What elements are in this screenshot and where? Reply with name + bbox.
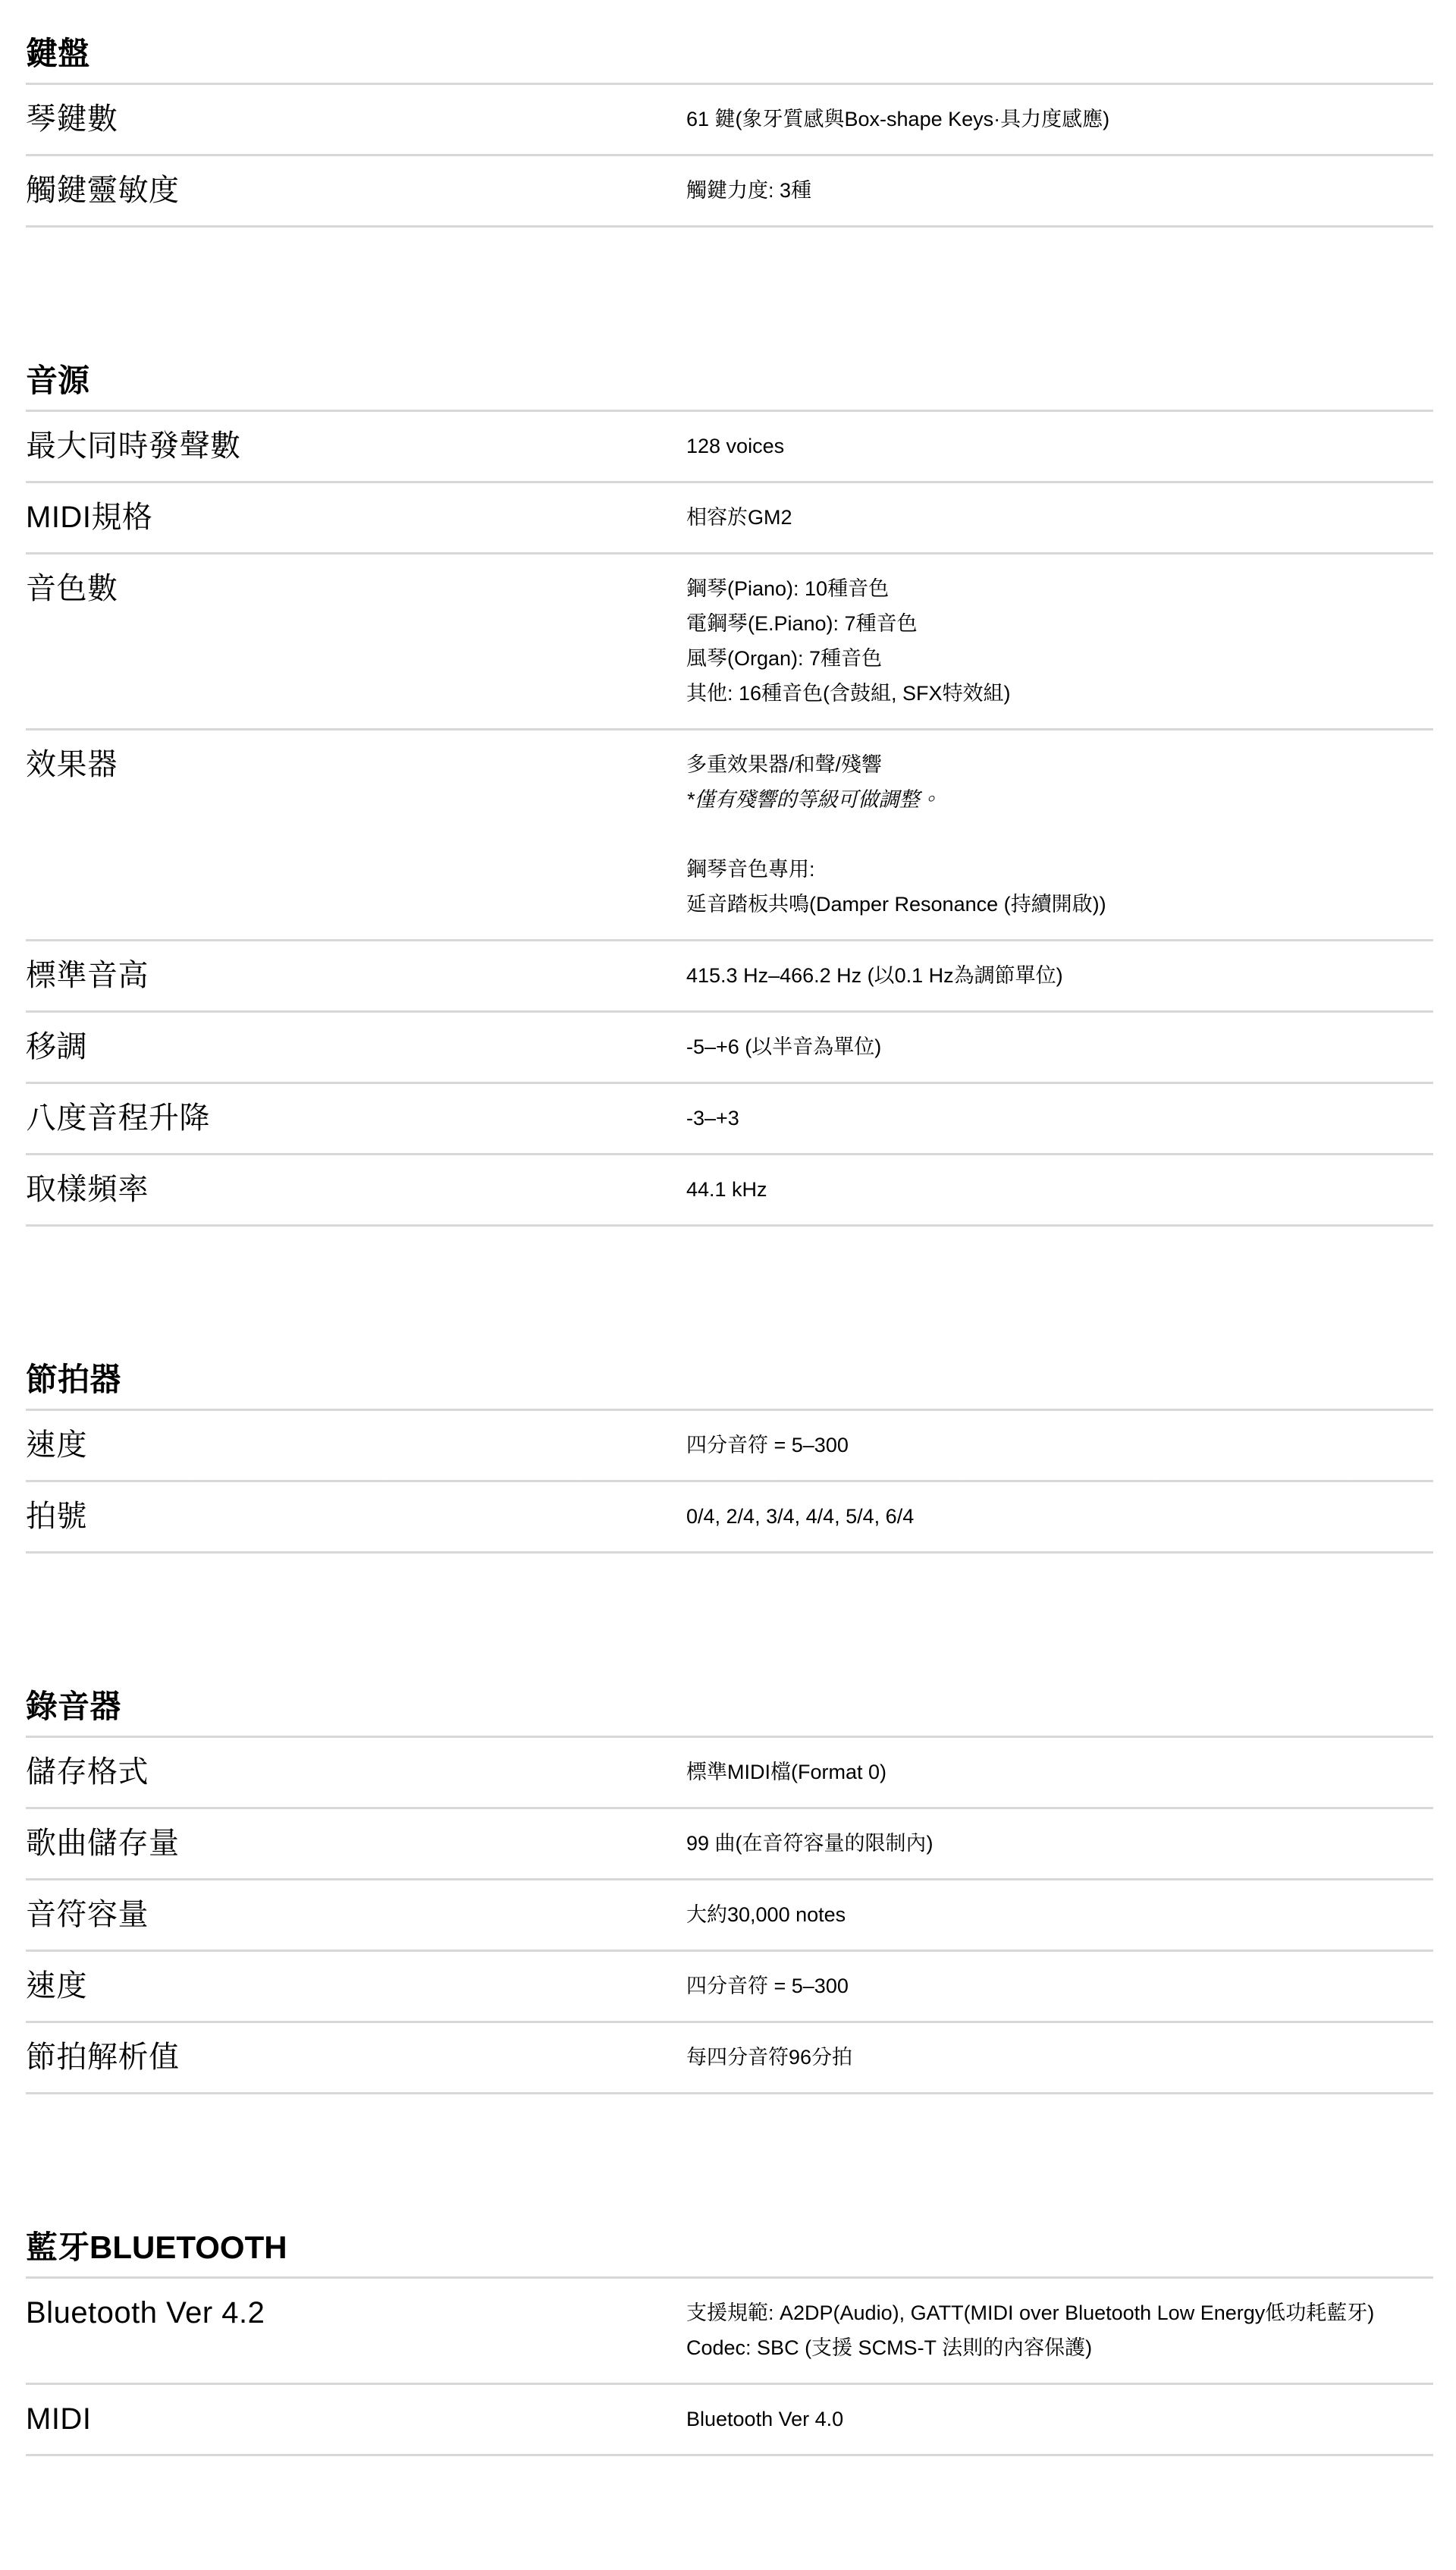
value-line: Codec: SBC (支援 SCMS-T 法則的內容保護) [686,2330,1433,2365]
spec-section: 藍牙BLUETOOTH Bluetooth Ver 4.2 支援規範: A2DP… [26,2228,1433,2456]
value-line: 415.3 Hz–466.2 Hz (以0.1 Hz為調節單位) [686,958,1433,993]
spec-section: 鍵盤 琴鍵數 61 鍵(象牙質感與Box-shape Keys·具力度感應) 觸… [26,34,1433,228]
spec-value: 每四分音符96分拍 [686,2040,1433,2075]
spec-value: -3–+3 [686,1101,1433,1136]
value-line: 多重效果器/和聲/殘響 [686,747,1433,782]
spec-label: 歌曲儲存量 [26,1826,686,1861]
section-title: 鍵盤 [26,34,1433,85]
value-line: 128 voices [686,429,1433,463]
spec-row: 八度音程升降 -3–+3 [26,1084,1433,1155]
spec-row: 節拍解析值 每四分音符96分拍 [26,2023,1433,2094]
spec-row: 儲存格式 標準MIDI檔(Format 0) [26,1738,1433,1809]
value-line: 標準MIDI檔(Format 0) [686,1755,1433,1789]
value-line: 大約30,000 notes [686,1897,1433,1932]
section-title: 藍牙BLUETOOTH [26,2228,1433,2279]
spec-label: 最大同時發聲數 [26,429,686,463]
spec-row: 觸鍵靈敏度 觸鍵力度: 3種 [26,156,1433,228]
section-rows: 速度 四分音符 = 5–300 拍號 0/4, 2/4, 3/4, 4/4, 5… [26,1411,1433,1554]
spec-value: 標準MIDI檔(Format 0) [686,1755,1433,1789]
section-rows: 最大同時發聲數 128 voices MIDI規格 相容於GM2 音色數 鋼琴(… [26,412,1433,1227]
value-line: 其他: 16種音色(含鼓組, SFX特效組) [686,676,1433,711]
spec-value: 四分音符 = 5–300 [686,1968,1433,2003]
spec-value: 四分音符 = 5–300 [686,1428,1433,1463]
spec-value: -5–+6 (以半音為單位) [686,1029,1433,1064]
spec-value: 相容於GM2 [686,500,1433,535]
spec-row: Bluetooth Ver 4.2 支援規範: A2DP(Audio), GAT… [26,2279,1433,2385]
spec-value: 415.3 Hz–466.2 Hz (以0.1 Hz為調節單位) [686,958,1433,993]
spec-label: Bluetooth Ver 4.2 [26,2295,686,2330]
value-line: 鋼琴(Piano): 10種音色 [686,571,1433,606]
spec-label: 效果器 [26,747,686,782]
value-line: 支援規範: A2DP(Audio), GATT(MIDI over Blueto… [686,2295,1433,2330]
spec-row: 歌曲儲存量 99 曲(在音符容量的限制內) [26,1809,1433,1880]
spec-row: 取樣頻率 44.1 kHz [26,1155,1433,1227]
spec-label: 儲存格式 [26,1755,686,1789]
value-line: Bluetooth Ver 4.0 [686,2402,1433,2436]
value-line: 99 曲(在音符容量的限制內) [686,1826,1433,1861]
spec-section: 錄音器 儲存格式 標準MIDI檔(Format 0) 歌曲儲存量 99 曲(在音… [26,1687,1433,2094]
spec-value: 99 曲(在音符容量的限制內) [686,1826,1433,1861]
spec-value: 61 鍵(象牙質感與Box-shape Keys·具力度感應) [686,102,1433,137]
spec-sheet: 鍵盤 琴鍵數 61 鍵(象牙質感與Box-shape Keys·具力度感應) 觸… [0,0,1456,2567]
spec-label: MIDI [26,2402,686,2436]
spec-label: 標準音高 [26,958,686,993]
spec-row: MIDI規格 相容於GM2 [26,483,1433,555]
value-line: 61 鍵(象牙質感與Box-shape Keys·具力度感應) [686,102,1433,137]
spec-row: 拍號 0/4, 2/4, 3/4, 4/4, 5/4, 6/4 [26,1482,1433,1554]
spec-label: 速度 [26,1428,686,1463]
spec-row: 移調 -5–+6 (以半音為單位) [26,1013,1433,1084]
value-line [686,817,1433,852]
value-line: 風琴(Organ): 7種音色 [686,641,1433,676]
value-line: 鋼琴音色專用: [686,852,1433,887]
spec-value: 大約30,000 notes [686,1897,1433,1932]
spec-label: 琴鍵數 [26,102,686,137]
spec-label: 八度音程升降 [26,1101,686,1136]
value-line: 延音踏板共鳴(Damper Resonance (持續開啟)) [686,887,1433,922]
spec-value: 觸鍵力度: 3種 [686,173,1433,208]
value-line: 0/4, 2/4, 3/4, 4/4, 5/4, 6/4 [686,1499,1433,1534]
spec-label: 音色數 [26,571,686,606]
value-line: 觸鍵力度: 3種 [686,173,1433,208]
spec-label: 速度 [26,1968,686,2003]
value-line: 四分音符 = 5–300 [686,1968,1433,2003]
value-line: 電鋼琴(E.Piano): 7種音色 [686,606,1433,641]
value-line: -5–+6 (以半音為單位) [686,1029,1433,1064]
spec-label: 音符容量 [26,1897,686,1932]
spec-label: 節拍解析值 [26,2040,686,2075]
spec-value: 多重效果器/和聲/殘響*僅有殘響的等級可做調整。鋼琴音色專用:延音踏板共鳴(Da… [686,747,1433,922]
spec-value: 0/4, 2/4, 3/4, 4/4, 5/4, 6/4 [686,1499,1433,1534]
value-line: 每四分音符96分拍 [686,2040,1433,2075]
spec-row: 效果器 多重效果器/和聲/殘響*僅有殘響的等級可做調整。鋼琴音色專用:延音踏板共… [26,730,1433,941]
spec-row: 速度 四分音符 = 5–300 [26,1952,1433,2023]
value-line: 相容於GM2 [686,500,1433,535]
section-title: 音源 [26,361,1433,412]
spec-value: Bluetooth Ver 4.0 [686,2402,1433,2436]
spec-value: 128 voices [686,429,1433,463]
spec-label: 取樣頻率 [26,1172,686,1207]
spec-row: 音符容量 大約30,000 notes [26,1880,1433,1952]
section-title: 節拍器 [26,1360,1433,1411]
spec-value: 鋼琴(Piano): 10種音色電鋼琴(E.Piano): 7種音色風琴(Org… [686,571,1433,711]
spec-label: 移調 [26,1029,686,1064]
spec-row: MIDI Bluetooth Ver 4.0 [26,2385,1433,2456]
spec-label: 拍號 [26,1499,686,1534]
spec-row: 琴鍵數 61 鍵(象牙質感與Box-shape Keys·具力度感應) [26,85,1433,156]
spec-section: 節拍器 速度 四分音符 = 5–300 拍號 0/4, 2/4, 3/4, 4/… [26,1360,1433,1554]
section-rows: Bluetooth Ver 4.2 支援規範: A2DP(Audio), GAT… [26,2279,1433,2456]
spec-value: 支援規範: A2DP(Audio), GATT(MIDI over Blueto… [686,2295,1433,2365]
section-title: 錄音器 [26,1687,1433,1738]
value-line: -3–+3 [686,1101,1433,1136]
value-line: 四分音符 = 5–300 [686,1428,1433,1463]
section-rows: 儲存格式 標準MIDI檔(Format 0) 歌曲儲存量 99 曲(在音符容量的… [26,1738,1433,2094]
spec-row: 標準音高 415.3 Hz–466.2 Hz (以0.1 Hz為調節單位) [26,941,1433,1013]
spec-label: 觸鍵靈敏度 [26,173,686,208]
spec-row: 最大同時發聲數 128 voices [26,412,1433,483]
section-rows: 琴鍵數 61 鍵(象牙質感與Box-shape Keys·具力度感應) 觸鍵靈敏… [26,85,1433,228]
spec-value: 44.1 kHz [686,1172,1433,1207]
value-line: *僅有殘響的等級可做調整。 [686,782,1433,817]
spec-row: 音色數 鋼琴(Piano): 10種音色電鋼琴(E.Piano): 7種音色風琴… [26,555,1433,730]
spec-section: 音源 最大同時發聲數 128 voices MIDI規格 相容於GM2 音色數 … [26,361,1433,1227]
value-line: 44.1 kHz [686,1172,1433,1207]
spec-label: MIDI規格 [26,500,686,535]
spec-row: 速度 四分音符 = 5–300 [26,1411,1433,1482]
